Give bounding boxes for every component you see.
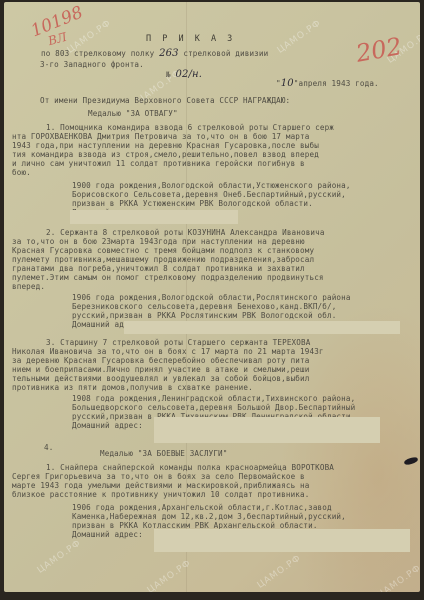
header-line-2: 3-го Западного фронта. — [40, 60, 144, 69]
watermark: ЦАМО.РФ — [256, 553, 304, 590]
watermark: ЦАМО.РФ — [36, 538, 84, 575]
redacted-address — [154, 417, 380, 443]
ink-blot — [403, 456, 418, 465]
award-entry-text: 2. Сержанта 8 стрелковой роты КОЗУНИНА А… — [12, 228, 325, 291]
redacted-address — [124, 321, 400, 334]
page-number-stamp: 202 — [354, 32, 404, 68]
award-entry-text: 1. Снайпера снайперской команды полка кр… — [12, 463, 334, 499]
header-line-1: по 803 стрелковому полку 263 стрелковой … — [41, 49, 268, 58]
archive-sub-stamp: ВЛ — [47, 30, 69, 48]
order-date: "10"апреля 1943 года. — [276, 79, 379, 88]
division-number-handwritten: 263 — [159, 48, 179, 59]
order-number: № 02/н. — [166, 70, 202, 79]
redacted-address — [154, 529, 410, 552]
redacted-address — [70, 210, 238, 224]
preamble: От имени Президиума Верховного Совета СС… — [40, 96, 290, 105]
watermark: ЦАМО.РФ — [276, 18, 324, 55]
watermark: ЦАМО.РФ — [376, 563, 420, 592]
document-page: ЦАМО.РФ ЦАМО.РФ ЦАМО.РФ ЦАМО.РФ ЦАМО.РФ … — [4, 2, 420, 592]
scan-frame: ЦАМО.РФ ЦАМО.РФ ЦАМО.РФ ЦАМО.РФ ЦАМО.РФ … — [0, 0, 424, 600]
section-heading: Медалью "ЗА БОЕВЫЕ ЗАСЛУГИ" — [100, 449, 228, 458]
section-heading: Медалью "ЗА ОТВАГУ" — [88, 109, 178, 118]
award-entry-text: 3. Старшину 7 стрелковой роты Старшего с… — [12, 338, 324, 392]
section-number: 4. — [44, 443, 53, 452]
document-title: П Р И К А З — [146, 35, 235, 44]
award-entry-text: 1. Помощника командира взвода 6 стрелков… — [12, 123, 334, 177]
